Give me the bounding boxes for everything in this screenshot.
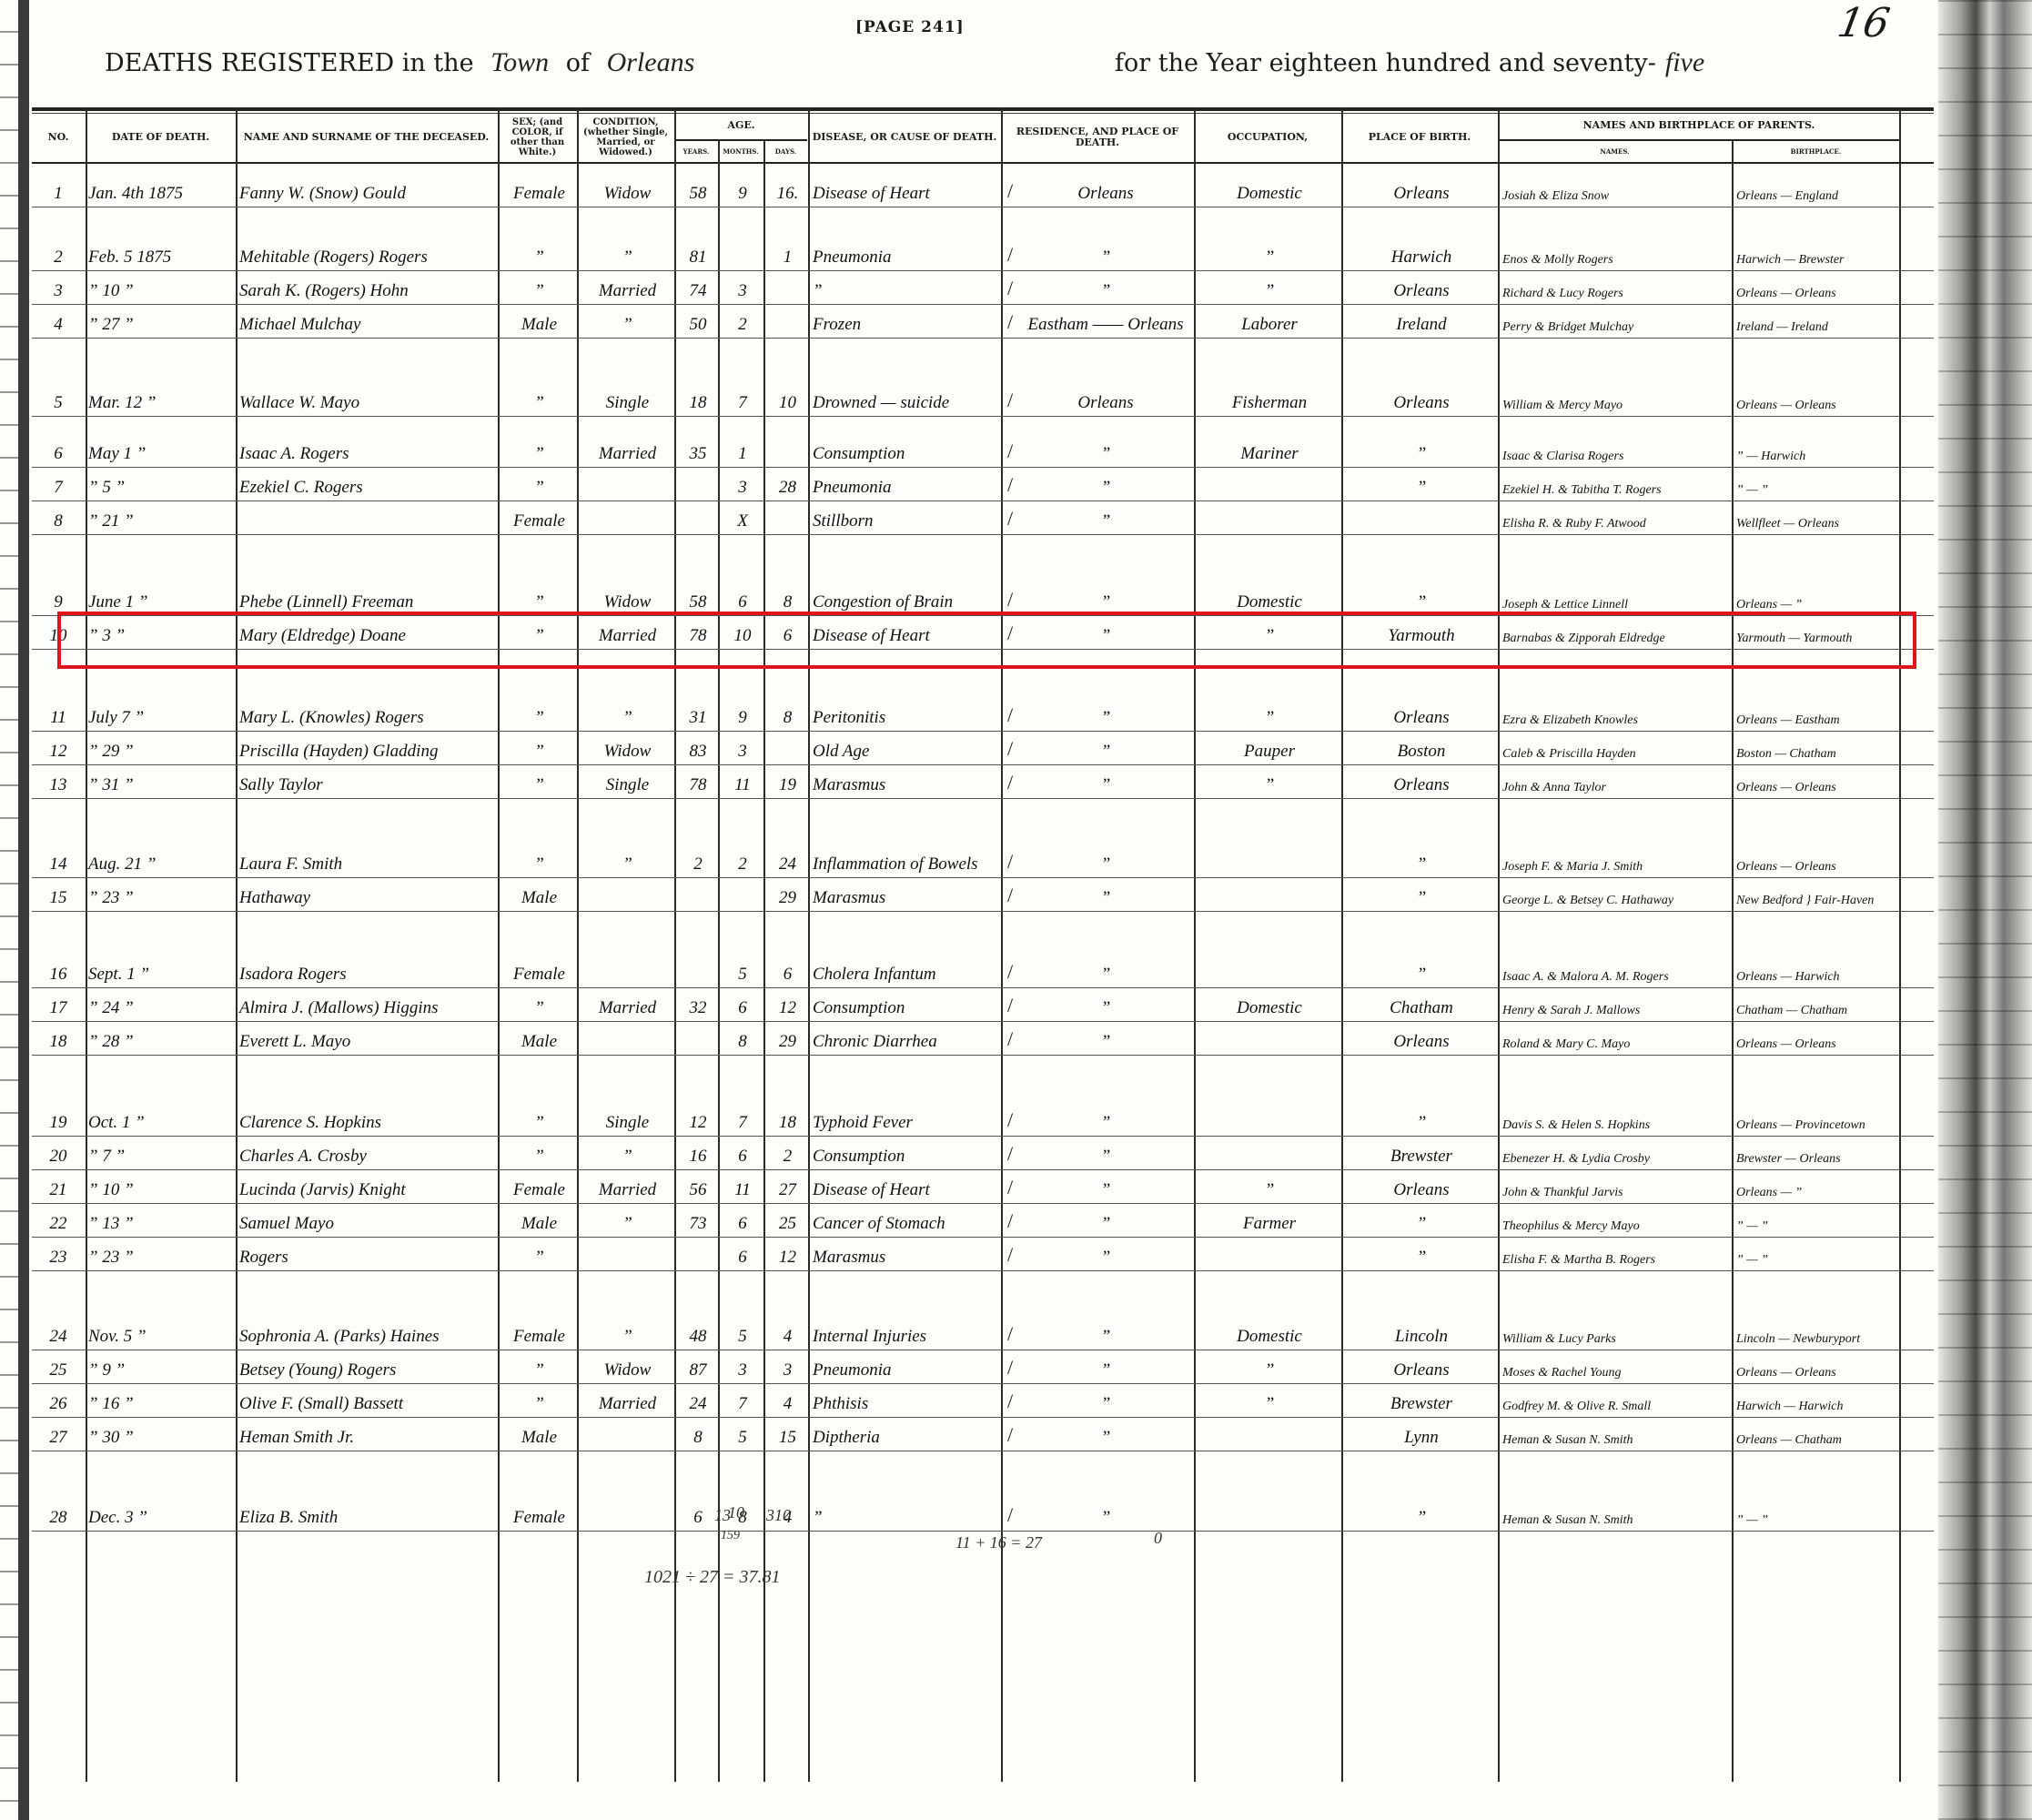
- cell-birthplace: Orleans: [1344, 1169, 1499, 1203]
- check-mark-icon: /: [1007, 884, 1013, 907]
- cell-name: Sarah K. (Rogers) Hohn: [239, 270, 499, 304]
- cell-months: 7: [721, 1102, 764, 1136]
- cell-no: 27: [35, 1417, 81, 1451]
- cell-months: 5: [721, 954, 764, 987]
- cell-years: 18: [677, 382, 719, 416]
- cell-parents-birthplace: Orleans — Eastham: [1736, 697, 1903, 731]
- cell-occupation: Domestic: [1197, 173, 1342, 207]
- cell-occupation: [1197, 467, 1342, 500]
- check-mark-icon: /: [1007, 179, 1013, 203]
- check-mark-icon: /: [1007, 1423, 1013, 1447]
- cell-condition: Single: [580, 382, 675, 416]
- cell-sex: ”: [500, 731, 578, 764]
- cell-sex: Female: [500, 1497, 578, 1531]
- cell-parents-birthplace: Ireland — Ireland: [1736, 304, 1903, 338]
- cell-name: Ezekiel C. Rogers: [239, 467, 499, 500]
- cell-date: Aug. 21 ”: [88, 844, 234, 877]
- cell-years: 16: [677, 1136, 719, 1169]
- cell-occupation: ”: [1197, 697, 1342, 731]
- cell-sex: Male: [500, 304, 578, 338]
- cell-name: Isaac A. Rogers: [239, 433, 499, 467]
- cell-date: ” 13 ”: [88, 1203, 234, 1237]
- cell-parents: Moses & Rachel Young: [1502, 1350, 1734, 1383]
- cell-parents-birthplace: Orleans — ”: [1736, 1169, 1903, 1203]
- cell-years: 73: [677, 1203, 719, 1237]
- cell-no: 14: [35, 844, 81, 877]
- cell-parents-birthplace: ” — ”: [1736, 1237, 1903, 1270]
- cell-months: 6: [721, 1203, 764, 1237]
- cell-name: Mehitable (Rogers) Rogers: [239, 237, 499, 270]
- check-mark-icon: /: [1007, 389, 1013, 412]
- cell-occupation: ”: [1197, 1383, 1342, 1417]
- cell-days: 6: [766, 954, 809, 987]
- cell-no: 12: [35, 731, 81, 764]
- check-mark-icon: /: [1007, 310, 1013, 334]
- cell-months: 11: [721, 1169, 764, 1203]
- cell-years: 31: [677, 697, 719, 731]
- col-header-condition: CONDITION, (whether Single, Married, or …: [578, 113, 673, 162]
- cell-months: 3: [721, 731, 764, 764]
- col-header-sex: SEX; (and COLOR, if other than White.): [499, 113, 576, 162]
- header-rule-bottom: [32, 162, 1934, 164]
- cell-name: Sally Taylor: [239, 764, 499, 798]
- cell-no: 17: [35, 987, 81, 1021]
- cell-sex: Male: [500, 1021, 578, 1055]
- cell-disease: Internal Injuries: [813, 1316, 1004, 1350]
- cell-residence: Eastham —— Orleans/: [1015, 304, 1197, 338]
- cell-no: 8: [35, 500, 81, 534]
- cell-condition: ”: [580, 1136, 675, 1169]
- cell-parents-birthplace: ” — ”: [1736, 1203, 1903, 1237]
- cell-days: [766, 433, 809, 467]
- cell-birthplace: ”: [1344, 954, 1499, 987]
- cell-birthplace: Brewster: [1344, 1136, 1499, 1169]
- cell-disease: Consumption: [813, 987, 1004, 1021]
- cell-sex: ”: [500, 764, 578, 798]
- title-town: Orleans: [607, 47, 695, 77]
- cell-residence: ”/: [1015, 1497, 1197, 1531]
- cell-disease: Cancer of Stomach: [813, 1203, 1004, 1237]
- table-row: 14Aug. 21 ”Laura F. Smith””2224Inflammat…: [32, 844, 1934, 878]
- cell-name: Wallace W. Mayo: [239, 382, 499, 416]
- cell-disease: Pneumonia: [813, 1350, 1004, 1383]
- cell-residence: ”/: [1015, 467, 1197, 500]
- cell-no: 15: [35, 877, 81, 911]
- cell-parents: Caleb & Priscilla Hayden: [1502, 731, 1734, 764]
- cell-name: Eliza B. Smith: [239, 1497, 499, 1531]
- col-header-parent-birthplace: BIRTHPLACE.: [1733, 141, 1899, 161]
- cell-name: Olive F. (Small) Bassett: [239, 1383, 499, 1417]
- register-year: for the Year eighteen hundred and sevent…: [1115, 47, 1714, 78]
- cell-days: 4: [766, 1383, 809, 1417]
- table-row: 20” 7 ”Charles A. Crosby””1662Consumptio…: [32, 1136, 1934, 1170]
- cell-parents-birthplace: Wellfleet — Orleans: [1736, 500, 1903, 534]
- title-year-text: for the Year eighteen hundred and sevent…: [1115, 49, 1656, 77]
- cell-birthplace: Lincoln: [1344, 1316, 1499, 1350]
- cell-years: 32: [677, 987, 719, 1021]
- cell-condition: Married: [580, 1383, 675, 1417]
- cell-days: 28: [766, 467, 809, 500]
- table-row: 22” 13 ”Samuel MayoMale”73625Cancer of S…: [32, 1203, 1934, 1238]
- cell-no: 13: [35, 764, 81, 798]
- cell-sex: ”: [500, 1383, 578, 1417]
- cell-condition: Married: [580, 987, 675, 1021]
- cell-parents: Isaac & Clarisa Rogers: [1502, 433, 1734, 467]
- tally-mark: 0: [1154, 1529, 1162, 1548]
- cell-disease: Inflammation of Bowels: [813, 844, 1004, 877]
- cell-name: Rogers: [239, 1237, 499, 1270]
- cell-disease: Typhoid Fever: [813, 1102, 1004, 1136]
- cell-years: [677, 1237, 719, 1270]
- cell-parents-birthplace: Boston — Chatham: [1736, 731, 1903, 764]
- table-row: 25” 9 ”Betsey (Young) Rogers”Widow8733Pn…: [32, 1350, 1934, 1384]
- cell-years: 50: [677, 304, 719, 338]
- cell-residence: ”/: [1015, 1021, 1197, 1055]
- cell-birthplace: ”: [1344, 1497, 1499, 1531]
- cell-date: ” 30 ”: [88, 1417, 234, 1451]
- cell-disease: ”: [813, 270, 1004, 304]
- cell-condition: [580, 1021, 675, 1055]
- cell-disease: Marasmus: [813, 877, 1004, 911]
- cell-no: 24: [35, 1316, 81, 1350]
- cell-birthplace: Orleans: [1344, 270, 1499, 304]
- cell-residence: ”/: [1015, 1136, 1197, 1169]
- cell-condition: Widow: [580, 581, 675, 615]
- cell-name: [239, 500, 499, 534]
- cell-birthplace: Brewster: [1344, 1383, 1499, 1417]
- table-row: 1Jan. 4th 1875Fanny W. (Snow) GouldFemal…: [32, 173, 1934, 207]
- cell-residence: ”/: [1015, 237, 1197, 270]
- cell-years: 83: [677, 731, 719, 764]
- cell-sex: Female: [500, 173, 578, 207]
- cell-sex: Female: [500, 1169, 578, 1203]
- table-row: 6May 1 ”Isaac A. Rogers”Married351Consum…: [32, 433, 1934, 468]
- cell-years: [677, 877, 719, 911]
- check-mark-icon: /: [1007, 277, 1013, 300]
- cell-disease: Pneumonia: [813, 467, 1004, 500]
- cell-occupation: Fisherman: [1197, 382, 1342, 416]
- check-mark-icon: /: [1007, 507, 1013, 531]
- cell-residence: ”/: [1015, 877, 1197, 911]
- cell-months: [721, 237, 764, 270]
- cell-parents-birthplace: Lincoln — Newburyport: [1736, 1316, 1903, 1350]
- tally-months-sub: 159: [721, 1529, 740, 1543]
- cell-occupation: ”: [1197, 270, 1342, 304]
- cell-birthplace: Orleans: [1344, 764, 1499, 798]
- cell-disease: Disease of Heart: [813, 173, 1004, 207]
- cell-date: Dec. 3 ”: [88, 1497, 234, 1531]
- cell-sex: Female: [500, 1316, 578, 1350]
- torn-page-edge: [1938, 0, 2032, 1820]
- table-row: 16Sept. 1 ”Isadora RogersFemale56Cholera…: [32, 954, 1934, 988]
- cell-occupation: ”: [1197, 764, 1342, 798]
- cell-years: 2: [677, 844, 719, 877]
- cell-parents: William & Lucy Parks: [1502, 1316, 1734, 1350]
- tally-months-total: 10: [728, 1503, 744, 1522]
- cell-condition: Married: [580, 1169, 675, 1203]
- tally-days-total: 310: [766, 1506, 791, 1525]
- cell-condition: Widow: [580, 731, 675, 764]
- cell-birthplace: ”: [1344, 581, 1499, 615]
- cell-days: [766, 731, 809, 764]
- cell-occupation: [1197, 1237, 1342, 1270]
- cell-months: 2: [721, 844, 764, 877]
- cell-no: 25: [35, 1350, 81, 1383]
- cell-months: 6: [721, 987, 764, 1021]
- cell-name: Heman Smith Jr.: [239, 1417, 499, 1451]
- cell-disease: Consumption: [813, 1136, 1004, 1169]
- cell-occupation: Domestic: [1197, 581, 1342, 615]
- col-header-name: NAME AND SURNAME OF THE DECEASED.: [237, 113, 496, 162]
- cell-birthplace: Boston: [1344, 731, 1499, 764]
- cell-birthplace: ”: [1344, 433, 1499, 467]
- check-mark-icon: /: [1007, 703, 1013, 727]
- cell-parents-birthplace: Orleans — Chatham: [1736, 1417, 1903, 1451]
- cell-no: 23: [35, 1237, 81, 1270]
- cell-years: [677, 500, 719, 534]
- cell-sex: ”: [500, 1237, 578, 1270]
- cell-birthplace: Orleans: [1344, 173, 1499, 207]
- cell-occupation: ”: [1197, 1350, 1342, 1383]
- col-header-months: Months.: [719, 141, 763, 161]
- cell-date: Feb. 5 1875: [88, 237, 234, 270]
- col-header-days: Days.: [764, 141, 807, 161]
- cell-parents: John & Anna Taylor: [1502, 764, 1734, 798]
- cell-date: Mar. 12 ”: [88, 382, 234, 416]
- cell-days: 12: [766, 1237, 809, 1270]
- cell-sex: Male: [500, 877, 578, 911]
- cell-days: 3: [766, 1350, 809, 1383]
- cell-condition: [580, 1417, 675, 1451]
- cell-parents-birthplace: Orleans — Orleans: [1736, 1350, 1903, 1383]
- cell-name: Fanny W. (Snow) Gould: [239, 173, 499, 207]
- check-mark-icon: /: [1007, 473, 1013, 497]
- check-mark-icon: /: [1007, 1176, 1013, 1199]
- cell-days: 15: [766, 1417, 809, 1451]
- cell-years: [677, 467, 719, 500]
- check-mark-icon: /: [1007, 1390, 1013, 1413]
- cell-date: Sept. 1 ”: [88, 954, 234, 987]
- cell-name: Everett L. Mayo: [239, 1021, 499, 1055]
- cell-date: ” 28 ”: [88, 1021, 234, 1055]
- cell-no: 18: [35, 1021, 81, 1055]
- cell-condition: ”: [580, 237, 675, 270]
- cell-birthplace: [1344, 500, 1499, 534]
- cell-parents: Theophilus & Mercy Mayo: [1502, 1203, 1734, 1237]
- header-rule-top: [32, 107, 1934, 111]
- cell-days: 10: [766, 382, 809, 416]
- cell-sex: ”: [500, 844, 578, 877]
- cell-months: 6: [721, 581, 764, 615]
- cell-disease: Phthisis: [813, 1383, 1004, 1417]
- cell-date: ” 5 ”: [88, 467, 234, 500]
- cell-residence: ”/: [1015, 697, 1197, 731]
- title-year-hand: five: [1665, 47, 1704, 77]
- col-header-disease: DISEASE, OR CAUSE OF DEATH.: [809, 113, 1000, 162]
- cell-months: 6: [721, 1136, 764, 1169]
- table-row: 27” 30 ”Heman Smith Jr.Male8515Diptheria…: [32, 1417, 1934, 1451]
- cell-condition: [580, 1237, 675, 1270]
- cell-sex: ”: [500, 697, 578, 731]
- cell-name: Charles A. Crosby: [239, 1136, 499, 1169]
- cell-parents: Richard & Lucy Rogers: [1502, 270, 1734, 304]
- cell-parents-birthplace: Orleans — Orleans: [1736, 844, 1903, 877]
- cell-disease: Chronic Diarrhea: [813, 1021, 1004, 1055]
- cell-residence: ”/: [1015, 764, 1197, 798]
- col-header-years: Years.: [675, 141, 717, 161]
- cell-condition: Widow: [580, 173, 675, 207]
- table-row: 13” 31 ”Sally Taylor”Single781119Marasmu…: [32, 764, 1934, 799]
- cell-parents: Heman & Susan N. Smith: [1502, 1497, 1734, 1531]
- check-mark-icon: /: [1007, 1209, 1013, 1233]
- cell-parents-birthplace: ” — Harwich: [1736, 433, 1903, 467]
- cell-condition: [580, 1497, 675, 1531]
- cell-days: 2: [766, 1136, 809, 1169]
- cell-months: 6: [721, 1237, 764, 1270]
- page-label: [PAGE 241]: [855, 18, 965, 36]
- cell-years: 81: [677, 237, 719, 270]
- cell-years: [677, 1021, 719, 1055]
- cell-residence: ”/: [1015, 987, 1197, 1021]
- page-number: 16: [1835, 0, 1894, 46]
- check-mark-icon: /: [1007, 1356, 1013, 1380]
- cell-condition: [580, 467, 675, 500]
- cell-condition: ”: [580, 1316, 675, 1350]
- cell-occupation: ”: [1197, 237, 1342, 270]
- cell-parents: Elisha F. & Martha B. Rogers: [1502, 1237, 1734, 1270]
- cell-occupation: [1197, 1497, 1342, 1531]
- cell-years: 6: [677, 1497, 719, 1531]
- cell-condition: Married: [580, 270, 675, 304]
- check-mark-icon: /: [1007, 1142, 1013, 1166]
- cell-months: 5: [721, 1417, 764, 1451]
- cell-birthplace: ”: [1344, 877, 1499, 911]
- cell-condition: ”: [580, 1203, 675, 1237]
- col-header-parents: NAMES AND BIRTHPLACE OF PARENTS.: [1499, 113, 1899, 138]
- cell-name: Clarence S. Hopkins: [239, 1102, 499, 1136]
- cell-date: July 7 ”: [88, 697, 234, 731]
- cell-no: 6: [35, 433, 81, 467]
- cell-no: 7: [35, 467, 81, 500]
- cell-birthplace: ”: [1344, 1102, 1499, 1136]
- cell-months: 3: [721, 1350, 764, 1383]
- cell-sex: ”: [500, 433, 578, 467]
- cell-years: 56: [677, 1169, 719, 1203]
- cell-disease: Congestion of Brain: [813, 581, 1004, 615]
- cell-parents: Davis S. & Helen S. Hopkins: [1502, 1102, 1734, 1136]
- cell-sex: ”: [500, 467, 578, 500]
- cell-residence: Orleans/: [1015, 382, 1197, 416]
- cell-occupation: [1197, 500, 1342, 534]
- cell-residence: ”/: [1015, 844, 1197, 877]
- cell-parents: Heman & Susan N. Smith: [1502, 1417, 1734, 1451]
- cell-residence: ”/: [1015, 1350, 1197, 1383]
- cell-date: ” 23 ”: [88, 877, 234, 911]
- cell-sex: ”: [500, 382, 578, 416]
- cell-parents-birthplace: Harwich — Harwich: [1736, 1383, 1903, 1417]
- cell-occupation: [1197, 1417, 1342, 1451]
- cell-years: 24: [677, 1383, 719, 1417]
- cell-date: ” 16 ”: [88, 1383, 234, 1417]
- cell-disease: Frozen: [813, 304, 1004, 338]
- cell-years: 78: [677, 764, 719, 798]
- cell-parents: Joseph F. & Maria J. Smith: [1502, 844, 1734, 877]
- cell-years: [677, 954, 719, 987]
- cell-parents: Ebenezer H. & Lydia Crosby: [1502, 1136, 1734, 1169]
- cell-date: ” 29 ”: [88, 731, 234, 764]
- cell-sex: Male: [500, 1417, 578, 1451]
- cell-sex: ”: [500, 1136, 578, 1169]
- cell-no: 22: [35, 1203, 81, 1237]
- cell-sex: ”: [500, 237, 578, 270]
- table-row: 12” 29 ”Priscilla (Hayden) Gladding”Wido…: [32, 731, 1934, 765]
- col-header-parent-names: NAMES.: [1499, 141, 1731, 161]
- cell-years: 74: [677, 270, 719, 304]
- cell-birthplace: Orleans: [1344, 1021, 1499, 1055]
- cell-disease: Drowned — suicide: [813, 382, 1004, 416]
- cell-date: ” 10 ”: [88, 270, 234, 304]
- highlighted-record-box: [57, 612, 1916, 669]
- cell-parents-birthplace: Brewster — Orleans: [1736, 1136, 1903, 1169]
- cell-no: 3: [35, 270, 81, 304]
- cell-residence: ”/: [1015, 1316, 1197, 1350]
- cell-date: Oct. 1 ”: [88, 1102, 234, 1136]
- cell-name: Lucinda (Jarvis) Knight: [239, 1169, 499, 1203]
- table-row: 3” 10 ”Sarah K. (Rogers) Hohn”Married743…: [32, 270, 1934, 305]
- cell-condition: Single: [580, 764, 675, 798]
- cell-years: 48: [677, 1316, 719, 1350]
- cell-disease: Disease of Heart: [813, 1169, 1004, 1203]
- check-mark-icon: /: [1007, 1027, 1013, 1051]
- cell-sex: ”: [500, 581, 578, 615]
- cell-residence: ”/: [1015, 1203, 1197, 1237]
- check-mark-icon: /: [1007, 1503, 1013, 1527]
- cell-days: 29: [766, 877, 809, 911]
- cell-name: Sophronia A. (Parks) Haines: [239, 1316, 499, 1350]
- cell-condition: [580, 500, 675, 534]
- table-row: 28Dec. 3 ”Eliza B. SmithFemale684””/”Hem…: [32, 1497, 1934, 1532]
- col-header-date: DATE OF DEATH.: [86, 113, 235, 162]
- cell-months: 3: [721, 467, 764, 500]
- cell-condition: ”: [580, 304, 675, 338]
- col-header-birthplace: PLACE OF BIRTH.: [1342, 113, 1497, 162]
- cell-sex: Female: [500, 954, 578, 987]
- cell-months: 5: [721, 1316, 764, 1350]
- cell-date: ” 27 ”: [88, 304, 234, 338]
- cell-years: 87: [677, 1350, 719, 1383]
- cell-residence: ”/: [1015, 1237, 1197, 1270]
- table-row: 2Feb. 5 1875Mehitable (Rogers) Rogers””8…: [32, 237, 1934, 271]
- cell-name: Betsey (Young) Rogers: [239, 1350, 499, 1383]
- cell-no: 1: [35, 173, 81, 207]
- tally-sex-sum: 11 + 16 = 27: [955, 1533, 1042, 1552]
- cell-parents-birthplace: Orleans — Orleans: [1736, 764, 1903, 798]
- cell-name: Laura F. Smith: [239, 844, 499, 877]
- cell-parents: Godfrey M. & Olive R. Small: [1502, 1383, 1734, 1417]
- cell-parents-birthplace: Orleans — England: [1736, 173, 1903, 207]
- cell-disease: Marasmus: [813, 1237, 1004, 1270]
- cell-birthplace: Lynn: [1344, 1417, 1499, 1451]
- title-of: of: [566, 49, 590, 77]
- cell-disease: Marasmus: [813, 764, 1004, 798]
- cell-name: Phebe (Linnell) Freeman: [239, 581, 499, 615]
- cell-parents-birthplace: Harwich — Brewster: [1736, 237, 1903, 270]
- cell-parents-birthplace: ” — ”: [1736, 1497, 1903, 1531]
- cell-parents: Isaac A. & Malora A. M. Rogers: [1502, 954, 1734, 987]
- table-row: 24Nov. 5 ”Sophronia A. (Parks) HainesFem…: [32, 1316, 1934, 1350]
- cell-disease: Old Age: [813, 731, 1004, 764]
- cell-date: ” 31 ”: [88, 764, 234, 798]
